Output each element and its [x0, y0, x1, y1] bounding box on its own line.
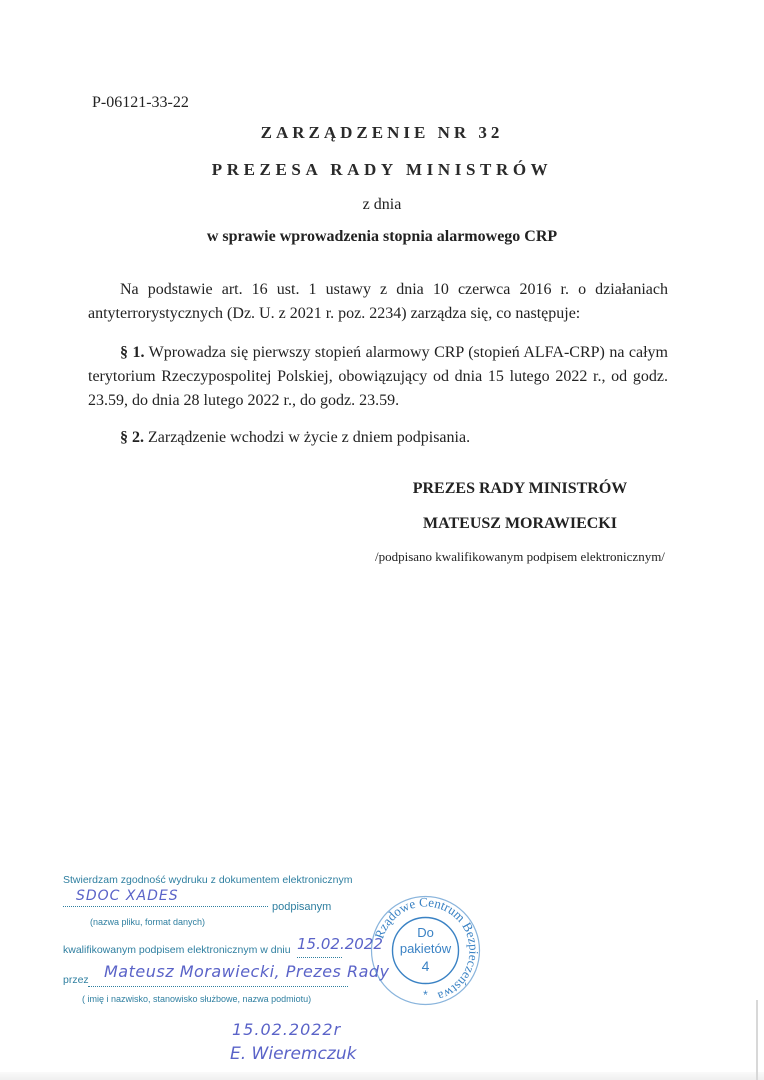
document-title: ZARZĄDZENIE NR 32 [0, 123, 764, 143]
document-subject: w sprawie wprowadzenia stopnia alarmoweg… [0, 228, 764, 246]
stamp-center-line2: pakietów [400, 941, 452, 956]
section-1: § 1. Wprowadza się pierwszy stopień alar… [88, 341, 668, 413]
section-1-text: Wprowadza się pierwszy stopień alarmowy … [88, 344, 668, 409]
section-2: § 2. Zarządzenie wchodzi w życie z dniem… [88, 426, 668, 450]
page-bottom-edge [0, 1072, 764, 1080]
section-2-text: Zarządzenie wchodzi w życie z dniem podp… [144, 429, 470, 446]
stamp-star: * [423, 988, 428, 1002]
document-issuer: PREZESA RADY MINISTRÓW [0, 160, 764, 180]
person-caption: ( imię i nazwisko, stanowisko służbowe, … [82, 994, 311, 1004]
official-stamp-icon: Rządowe Centrum Bezpieczeństwa Do pakiet… [368, 893, 483, 1008]
section-1-marker: § 1. [120, 344, 144, 361]
intro-paragraph: Na podstawie art. 16 ust. 1 ustawy z dni… [88, 278, 668, 326]
handwritten-date-2: 15.02.2022r [232, 1020, 341, 1039]
stamp-center-line3: 4 [422, 958, 430, 974]
certification-line2: kwalifikowanym podpisem elektronicznym w… [63, 944, 291, 956]
date-line: z dnia [0, 196, 764, 214]
section-2-marker: § 2. [120, 429, 144, 446]
certification-line1: Stwierdzam zgodność wydruku z dokumentem… [63, 874, 352, 886]
document-page: P-06121-33-22 ZARZĄDZENIE NR 32 PREZESA … [0, 0, 764, 1080]
by-label: przez [63, 974, 89, 986]
file-caption: (nazwa pliku, format danych) [90, 917, 205, 927]
dotted-line [88, 985, 348, 987]
dotted-line [63, 905, 268, 907]
signatory-title: PREZES RADY MINISTRÓW [360, 480, 680, 498]
page-right-edge [756, 1000, 758, 1080]
signatory-name: MATEUSZ MORAWIECKI [360, 515, 680, 533]
reference-number: P-06121-33-22 [92, 94, 189, 112]
signature-note: /podpisano kwalifikowanym podpisem elekt… [375, 549, 665, 565]
signed-label: podpisanym [272, 901, 331, 913]
stamp-center-line1: Do [417, 925, 434, 940]
handwritten-signature: E. Wieremczuk [230, 1044, 356, 1064]
handwritten-person: Mateusz Morawiecki, Prezes Rady [104, 962, 390, 981]
handwritten-file-name: SDOC XADES [76, 888, 179, 904]
dotted-line [297, 956, 342, 958]
